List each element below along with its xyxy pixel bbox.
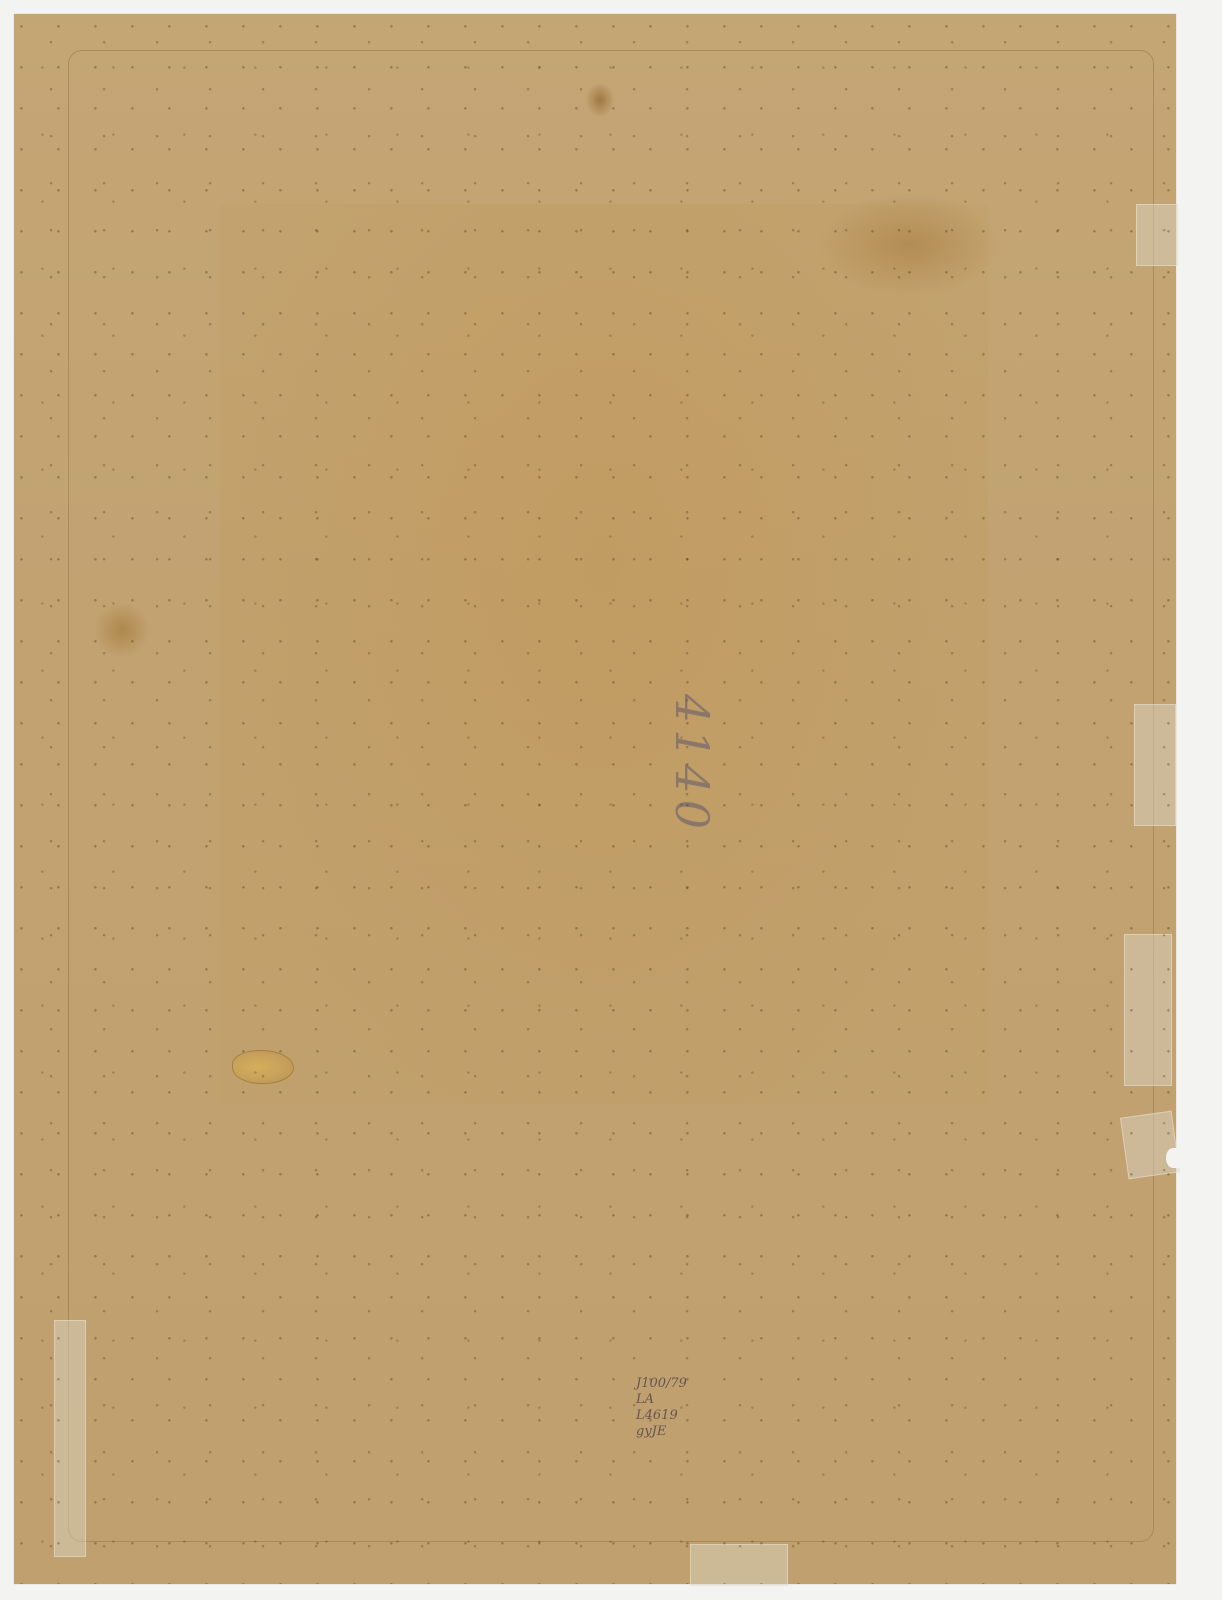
paper-tear	[1166, 1148, 1180, 1168]
tape-remnant	[1134, 704, 1176, 826]
tape-remnant	[1136, 204, 1178, 266]
tape-remnant	[1120, 1111, 1180, 1180]
tape-remnant	[1124, 934, 1172, 1086]
tape-remnant	[690, 1544, 788, 1586]
plate-impression-area	[220, 204, 988, 1104]
note-line: J100/79	[636, 1376, 687, 1392]
note-line: L4619	[636, 1408, 687, 1424]
tape-remnant	[54, 1320, 86, 1557]
pencil-inscription-rotated: 4140	[665, 694, 719, 835]
water-stain	[232, 1050, 294, 1084]
pencil-inscription-notes: J100/79 LA L4619 gyJE	[636, 1376, 687, 1440]
note-line: LA	[636, 1392, 687, 1408]
note-line: gyJE	[636, 1424, 687, 1440]
paper-sheet: 4140 J100/79 LA L4619 gyJE	[14, 14, 1176, 1584]
